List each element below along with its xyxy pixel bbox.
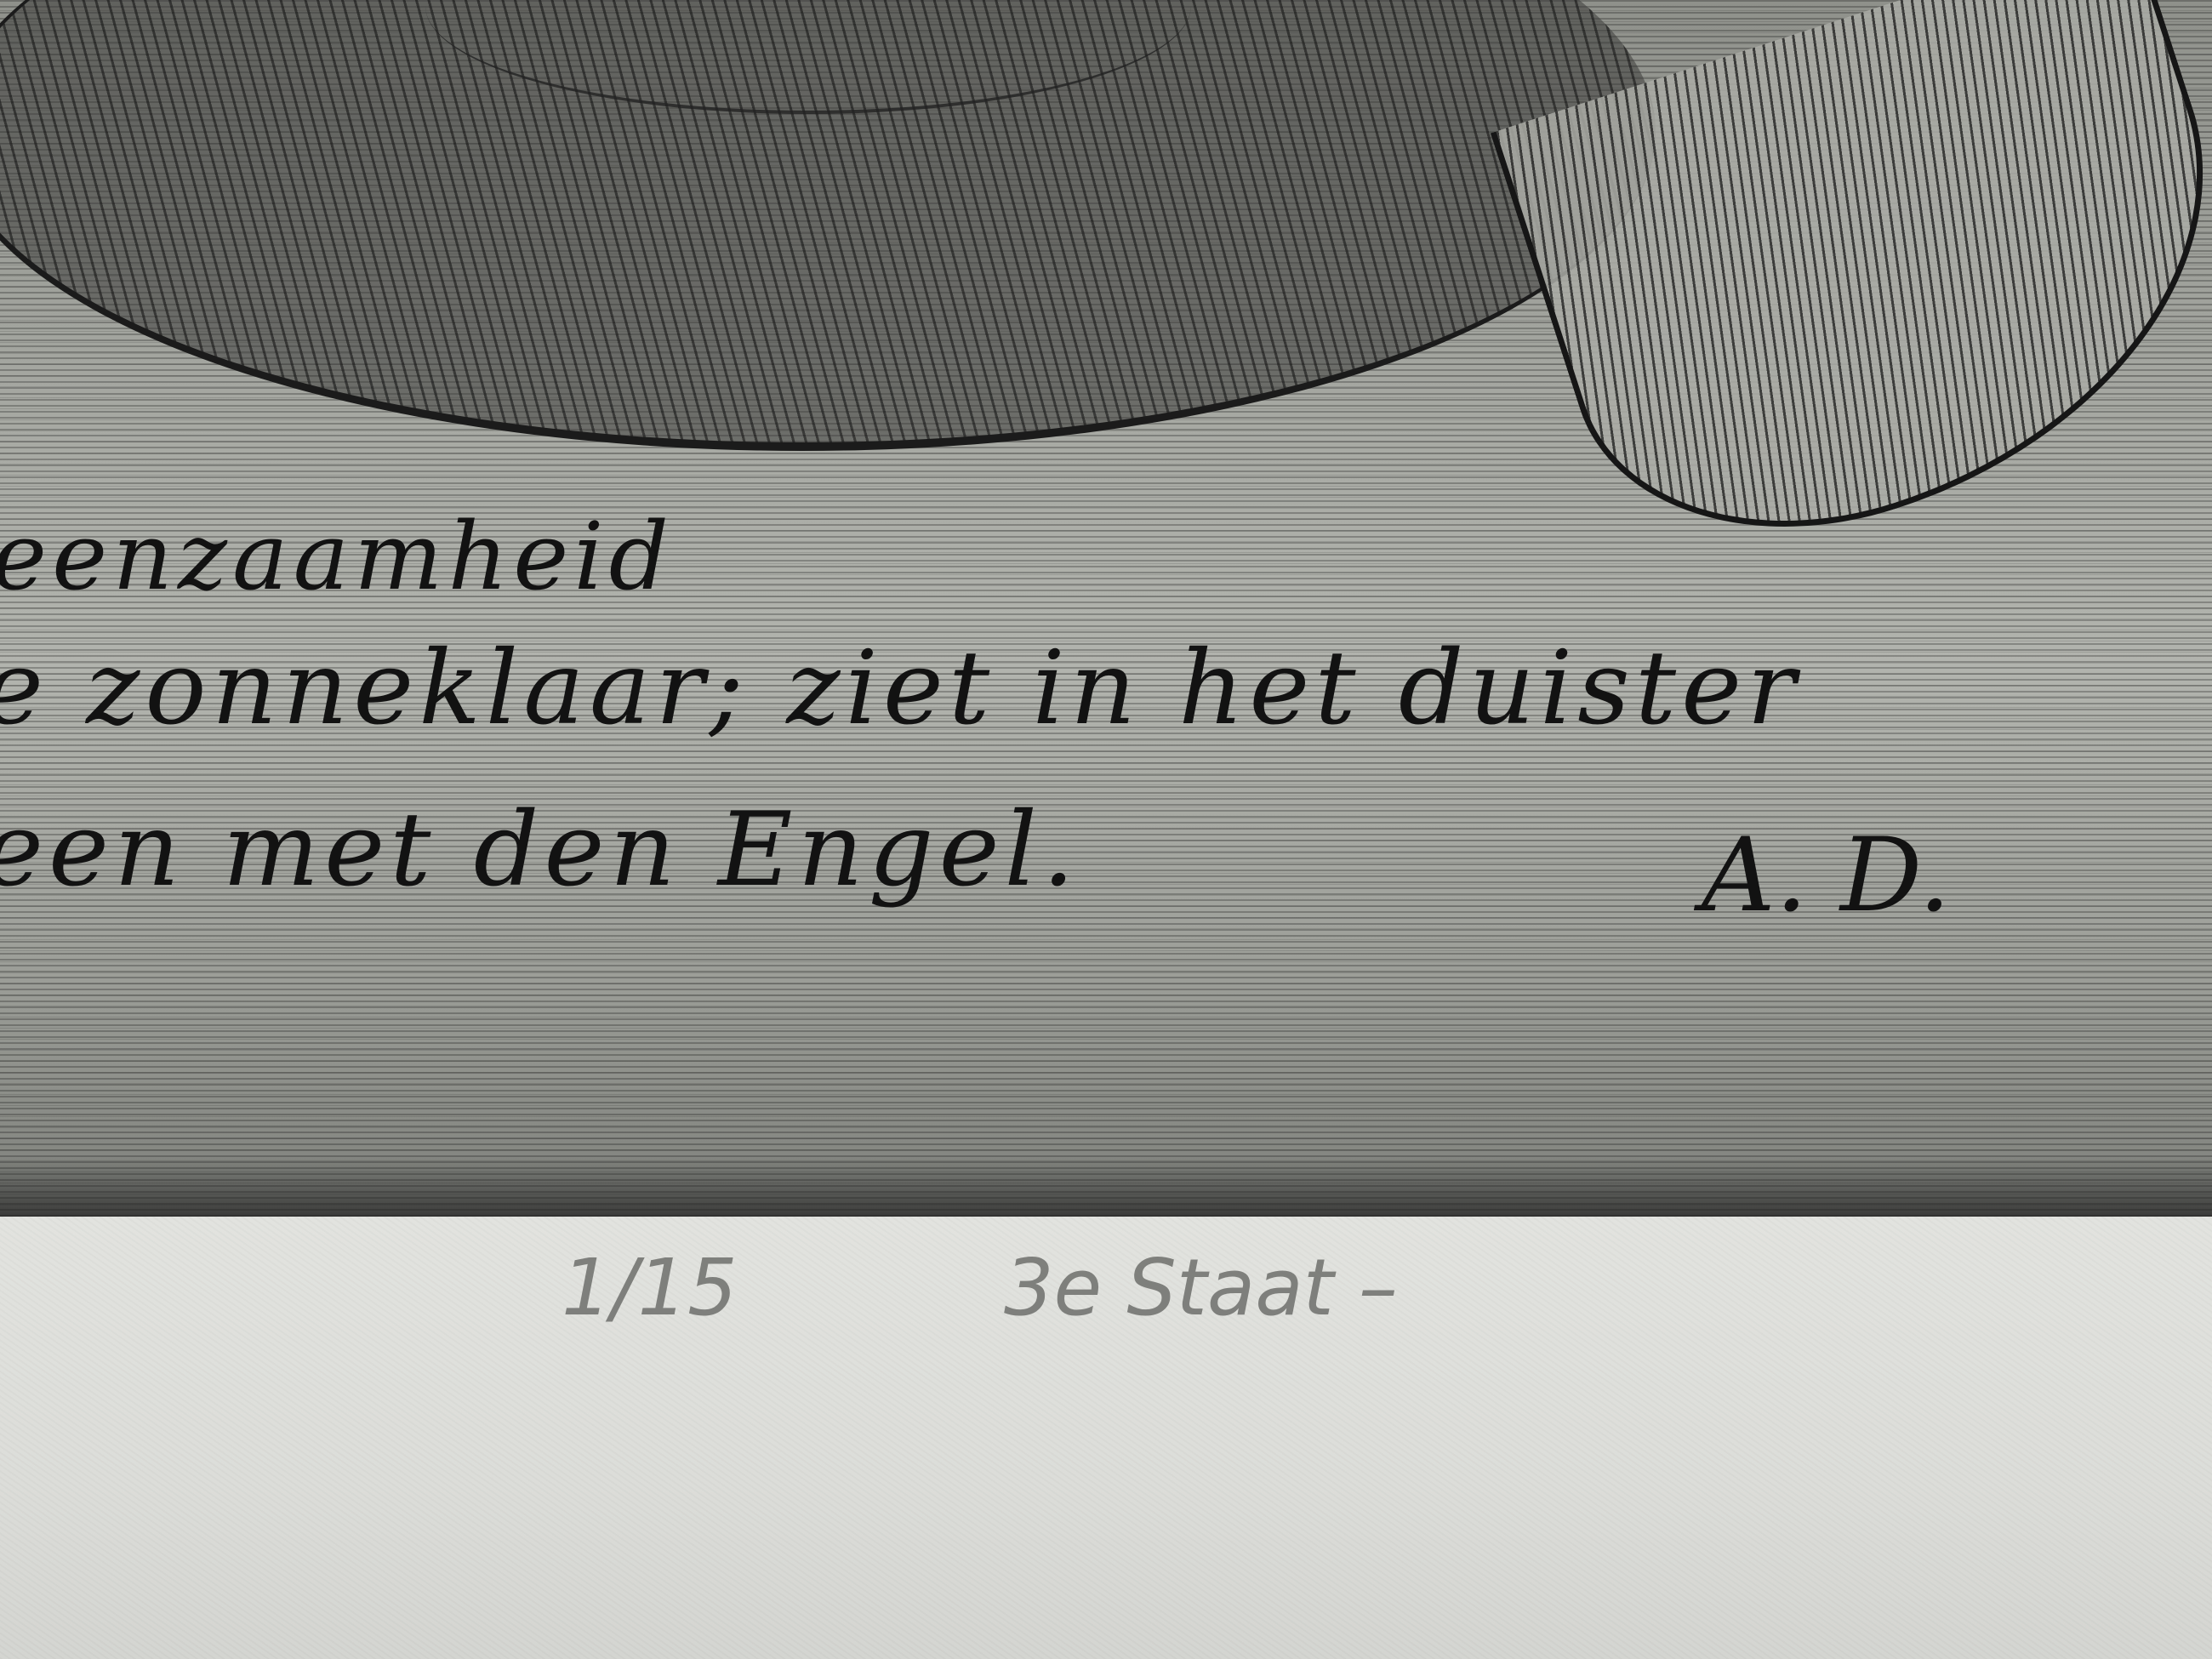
print-state: 3e Staat – (1004, 1242, 1398, 1333)
inscription-line-1: eenzaamheid (0, 502, 674, 611)
edition-number: 1/15 (562, 1242, 738, 1333)
plate-signature: A. D. (1702, 817, 1951, 935)
inscription-line-3: een met den Engel. (0, 791, 1080, 909)
etching-plate: eenzaamheid e zonneklaar; ziet in het du… (0, 0, 2212, 1217)
inscription-line-2: e zonneklaar; ziet in het duister (0, 630, 1800, 748)
